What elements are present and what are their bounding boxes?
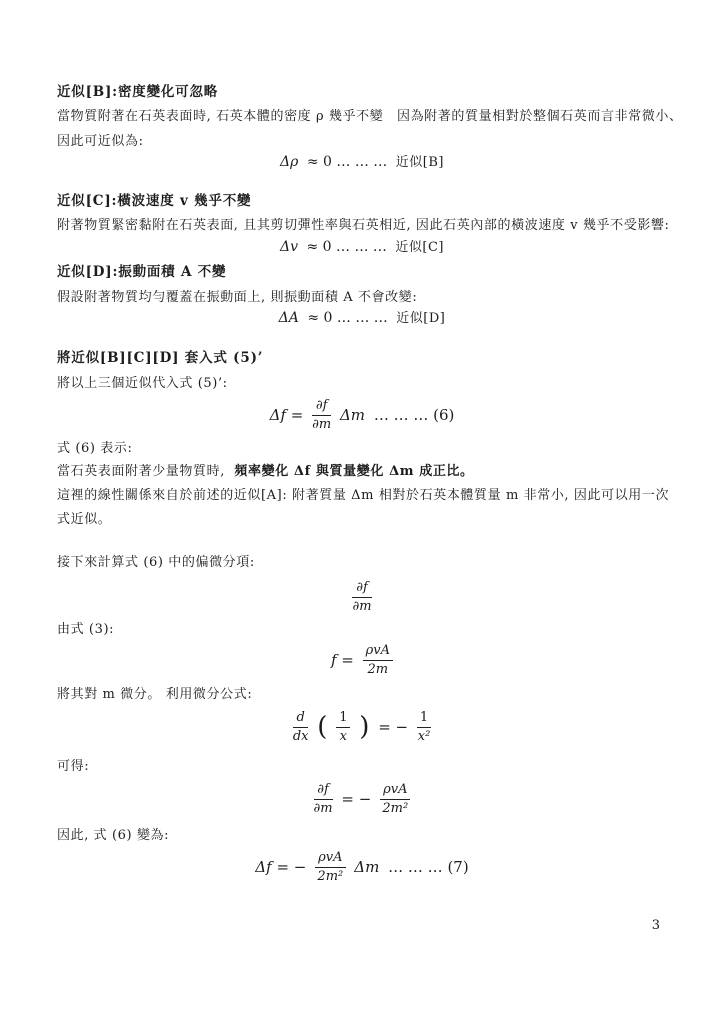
rule-inv-numerator: 1 [336,710,350,728]
eq7-fraction: ρvA2m² [315,850,345,884]
eq7-dots-and-number: … … … (7) [388,858,469,876]
eqc-symbol: Δv [280,239,298,255]
rule-result-fraction: 1x² [417,710,431,744]
paragraph-obtain: 可得: [57,758,89,775]
eq3-denominator: 2m [363,661,393,678]
rule-result-denominator: x² [417,728,431,745]
paragraph-approx-b-line1: 當物質附著在石英表面時, 石英本體的密度 ρ 幾乎不變 因為附著的質量相對於整個… [57,108,683,125]
eqb-relation: ≈ 0 … … … [307,154,387,170]
equation-approx-c: Δv ≈ 0 … … … 近似[C] [0,240,724,254]
eq6-rhs-variable: Δm [340,406,365,424]
eq6-dots-and-number: … … … (6) [374,406,455,424]
heading-approx-d: 近似[D]:振動面積 A 不變 [57,264,226,281]
equation-derivative-rule: ddx ( 1x ) = − 1x² [0,710,724,744]
paragraph-thus: 因此, 式 (6) 變為: [57,827,169,844]
paragraph-approx-b-line2: 因此可近似為: [57,133,144,150]
paragraph-proportional: 當石英表面附著少量物質時, 頻率變化 Δf 與質量變化 Δm 成正比。 [57,463,474,480]
equation-partial-term: ∂f∂m [0,580,724,614]
eqd-label: 近似[D] [396,311,445,326]
result-lhs-denominator: ∂m [314,800,333,817]
result-rhs-numerator: ρvA [380,782,410,800]
result-equals-minus: = − [341,790,371,808]
proportional-bold-text: 頻率變化 Δf 與質量變化 Δm 成正比。 [234,464,473,479]
rule-result-numerator: 1 [417,710,431,728]
eqd-relation: ≈ 0 … … … [307,310,387,326]
equation-approx-d: ΔA ≈ 0 … … … 近似[D] [0,311,724,325]
rule-inv-fraction: 1x [336,710,350,744]
paragraph-from-eq3: 由式 (3): [57,621,114,638]
eqd-symbol: ΔA [279,310,299,326]
eqb-label: 近似[B] [396,155,444,170]
paragraph-linear-line2: 式近似。 [57,511,111,528]
eq3-fraction: ρvA2m [363,643,393,677]
equation-3: f = ρvA2m [0,643,724,677]
partial-denominator: ∂m [352,598,371,615]
result-rhs-denominator: 2m² [380,800,410,817]
paragraph-approx-d-line1: 假設附著物質均勻覆蓋在振動面上, 則振動面積 A 不會改變: [57,289,417,306]
paragraph-linear-line1: 這裡的線性關係來自於前述的近似[A]: 附著質量 Δm 相對於石英本體質量 m … [57,487,669,504]
eq6-numerator: ∂f [312,398,331,416]
eq3-lhs: f = [331,651,354,669]
partial-fraction: ∂f∂m [352,580,371,614]
paragraph-calc-intro: 接下來計算式 (6) 中的偏微分項: [57,554,255,571]
right-paren: ) [359,712,369,742]
heading-substitute: 將近似[B][C][D] 套入式 (5)’ [57,350,263,367]
left-paren: ( [317,712,327,742]
eq6-lhs: Δf = [270,406,304,424]
heading-approx-c: 近似[C]:橫波速度 v 幾乎不變 [57,193,251,210]
eq6-fraction: ∂f∂m [312,398,331,432]
eq3-numerator: ρvA [363,643,393,661]
result-rhs-fraction: ρvA2m² [380,782,410,816]
rule-ddx-numerator: d [293,710,309,728]
page-number: 3 [652,918,660,933]
equation-partial-result: ∂f∂m = − ρvA2m² [0,782,724,816]
eq7-numerator: ρvA [315,850,345,868]
eq7-lhs: Δf = − [255,858,306,876]
document-page: 近似[B]:密度變化可忽略 當物質附著在石英表面時, 石英本體的密度 ρ 幾乎不… [0,0,724,1024]
heading-approx-b: 近似[B]:密度變化可忽略 [57,84,218,101]
result-lhs-numerator: ∂f [314,782,333,800]
eqc-relation: ≈ 0 … … … [306,239,386,255]
result-lhs-fraction: ∂f∂m [314,782,333,816]
equation-approx-b: Δρ ≈ 0 … … … 近似[B] [0,155,724,169]
rule-equals-minus: = − [378,718,408,736]
partial-numerator: ∂f [352,580,371,598]
rule-ddx-fraction: ddx [293,710,309,744]
paragraph-substitute-line1: 將以上三個近似代入式 (5)’: [57,375,228,392]
proportional-normal-text: 當石英表面附著少量物質時, [57,464,234,479]
equation-6: Δf = ∂f∂m Δm … … … (6) [0,398,724,432]
eqc-label: 近似[C] [395,240,444,255]
rule-inv-denominator: x [336,728,350,745]
paragraph-differentiate: 將其對 m 微分。 利用微分公式: [57,686,252,703]
equation-7: Δf = − ρvA2m² Δm … … … (7) [0,850,724,884]
eq6-denominator: ∂m [312,416,331,433]
eqb-symbol: Δρ [280,154,298,170]
eq7-rhs-variable: Δm [354,858,379,876]
paragraph-approx-c-line1: 附著物質緊密黏附在石英表面, 且其剪切彈性率與石英相近, 因此石英內部的橫波速度… [57,217,670,234]
paragraph-eq6-says: 式 (6) 表示: [57,440,132,457]
rule-ddx-denominator: dx [293,728,309,745]
eq7-denominator: 2m² [315,868,345,885]
